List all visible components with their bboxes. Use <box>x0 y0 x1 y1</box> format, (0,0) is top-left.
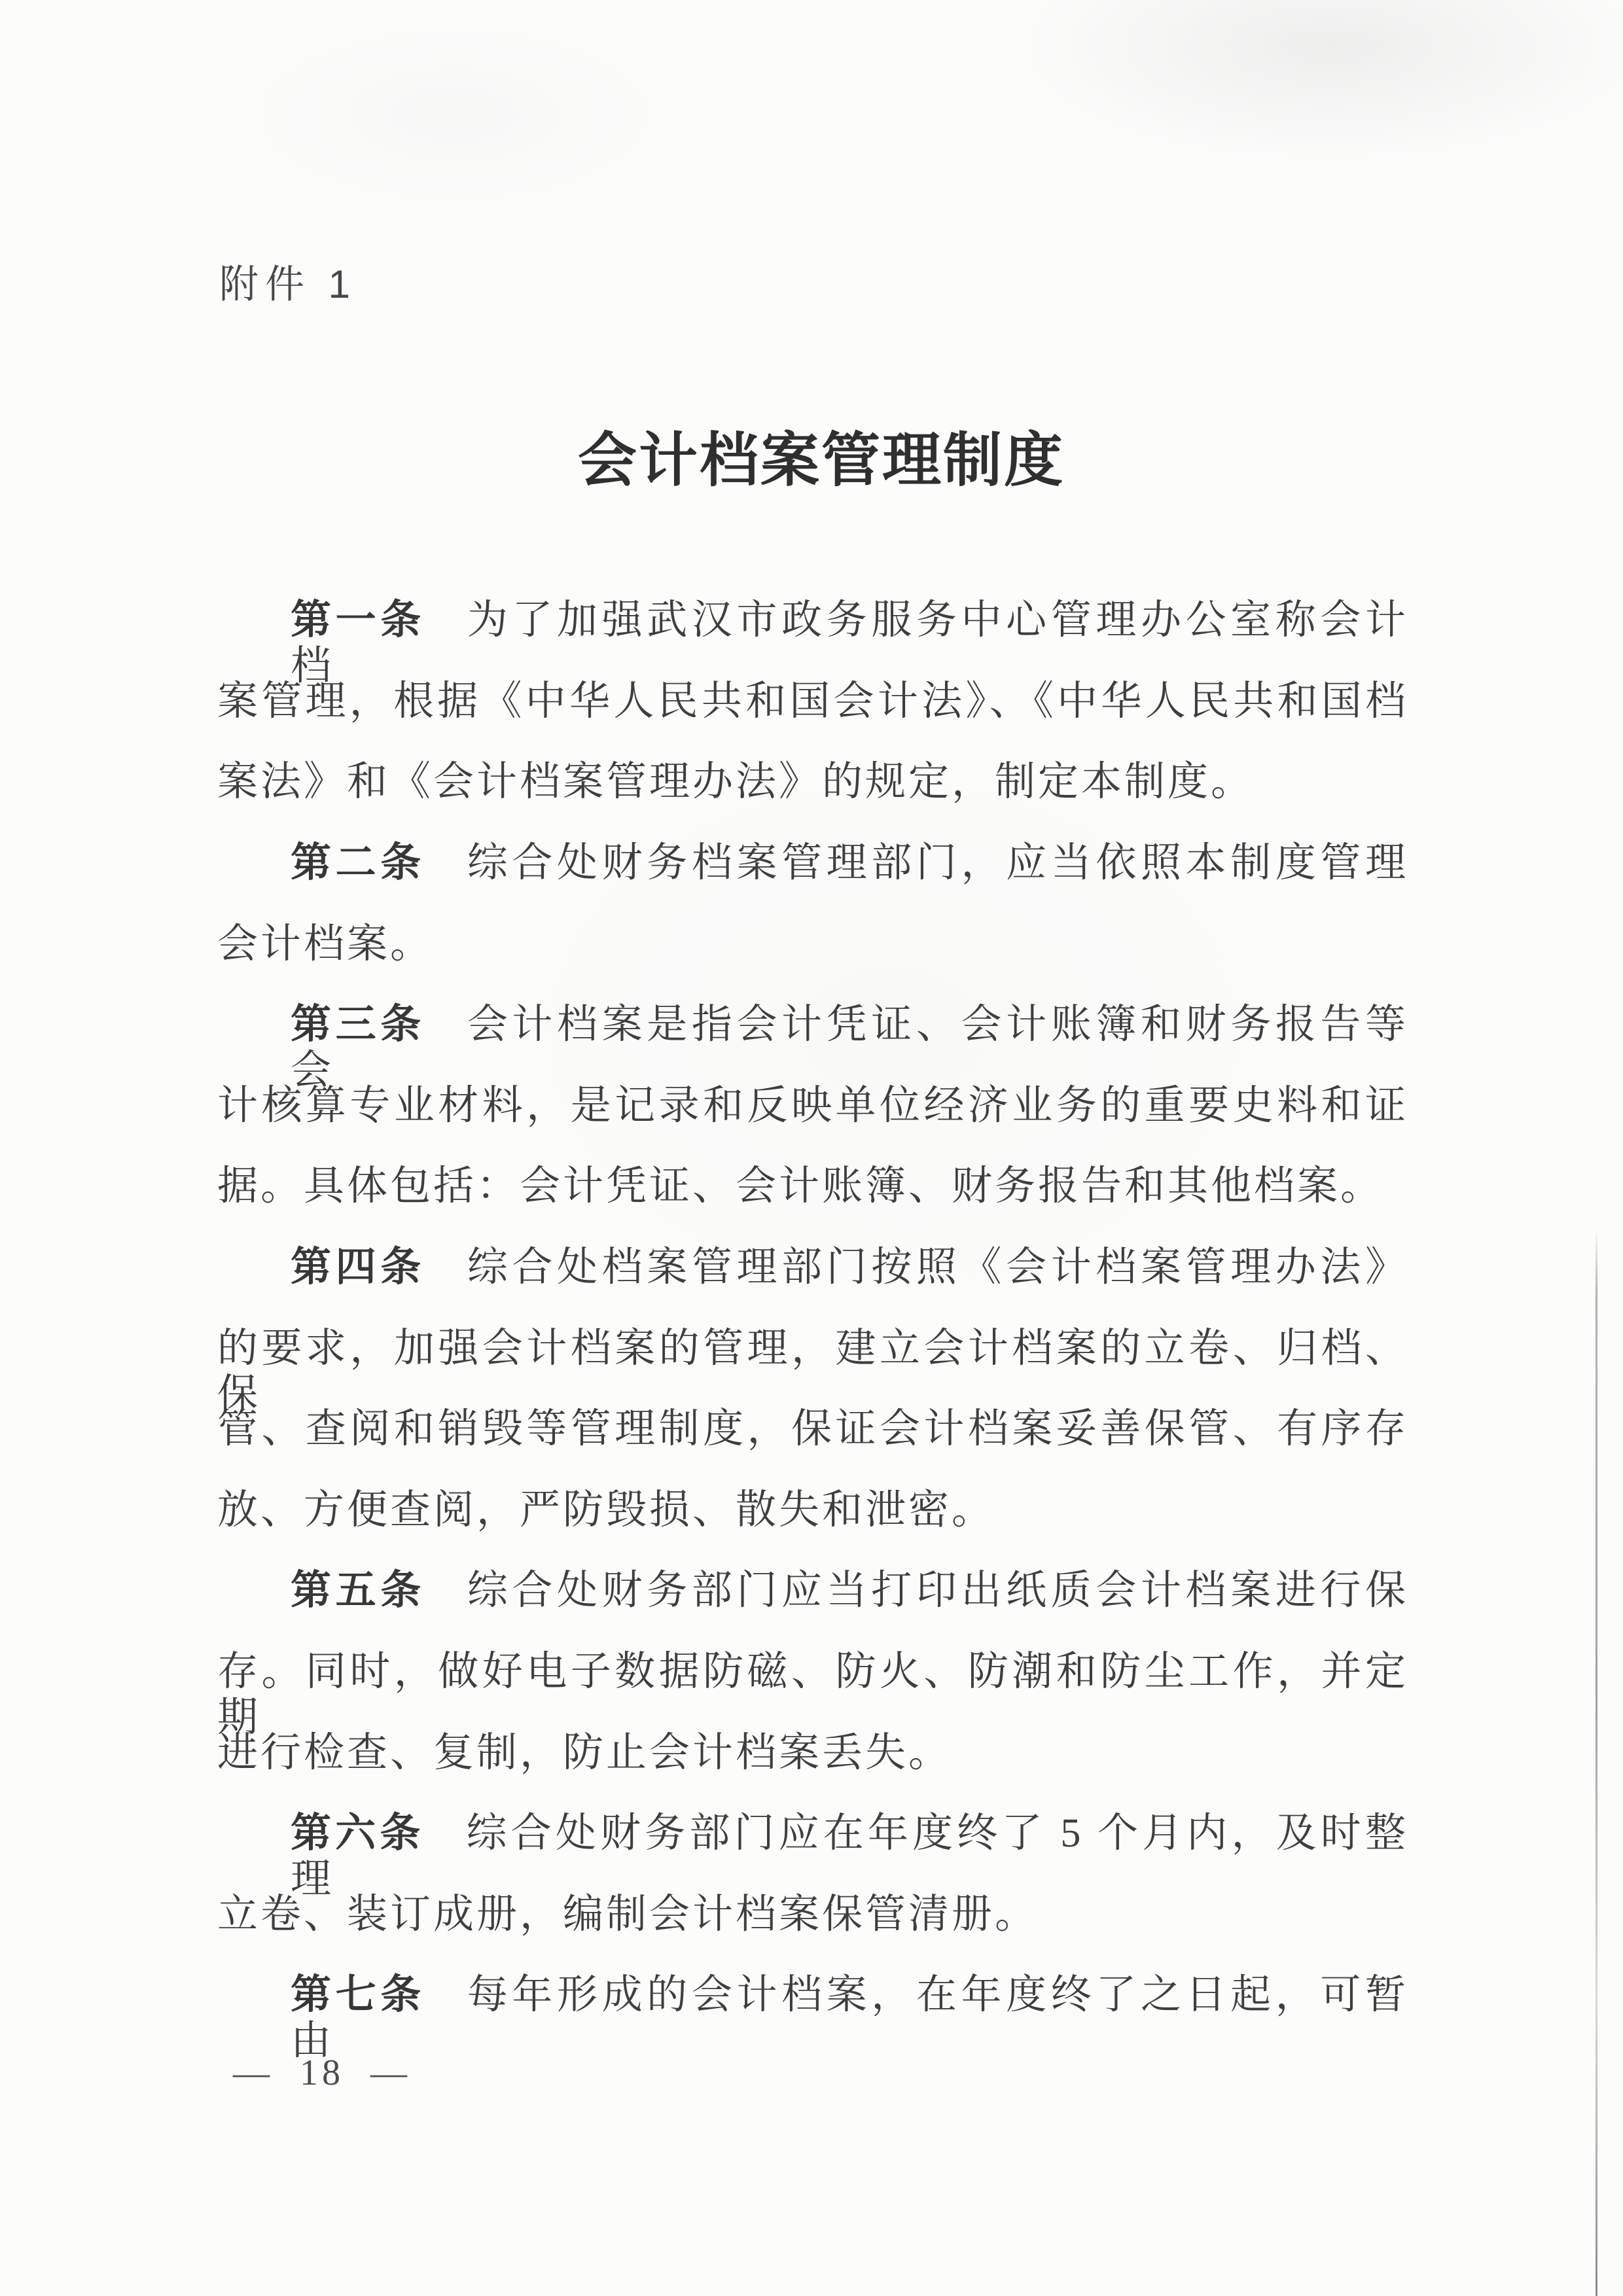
page-number: — 18 — <box>233 2055 411 2091</box>
line-text: 管、查阅和销毁等管理制度，保证会计档案妥善保管、有序存 <box>217 1407 1408 1451</box>
line-text: 存。同时，做好电子数据防磁、防火、防潮和防尘工作，并定期 <box>217 1650 1408 1740</box>
document-line: 的要求，加强会计档案的管理，建立会计档案的立卷、归档、保 <box>217 1326 1408 1417</box>
document-line: 第四条综合处档案管理部门按照《会计档案管理办法》 <box>217 1245 1408 1290</box>
document-line: 案管理，根据《中华人民共和国会计法》、《中华人民共和国档 <box>217 679 1408 724</box>
document-line: 第五条综合处财务部门应当打印出纸质会计档案进行保 <box>217 1568 1408 1614</box>
document-line: 第二条综合处财务档案管理部门，应当依照本制度管理 <box>217 840 1408 886</box>
document-line: 第一条为了加强武汉市政务服务中心管理办公室称会计档 <box>217 597 1408 689</box>
line-text: 放、方便查阅，严防毁损、散失和泄密。 <box>217 1488 995 1532</box>
document-line: 存。同时，做好电子数据防磁、防火、防潮和防尘工作，并定期 <box>217 1649 1408 1740</box>
document-line: 第六条综合处财务部门应在年度终了 5 个月内，及时整理 <box>217 1810 1408 1902</box>
line-text: 综合处财务档案管理部门，应当依照本制度管理 <box>467 841 1408 885</box>
line-text: 综合处档案管理部门按照《会计档案管理办法》 <box>467 1245 1408 1290</box>
scan-artifact-vertical-line <box>1596 1229 1597 2296</box>
line-text: 据。具体包括：会计凭证、会计账簿、财务报告和其他档案。 <box>217 1164 1383 1209</box>
line-text: 会计档案是指会计凭证、会计账簿和财务报告等会 <box>291 1002 1408 1093</box>
document-line: 案法》和《会计档案管理办法》的规定，制定本制度。 <box>217 759 1408 805</box>
line-text: 会计档案。 <box>217 922 433 966</box>
document-line: 管、查阅和销毁等管理制度，保证会计档案妥善保管、有序存 <box>217 1406 1408 1452</box>
document-line: 放、方便查阅，严防毁损、散失和泄密。 <box>217 1487 1408 1533</box>
line-text: 案管理，根据《中华人民共和国会计法》、《中华人民共和国档 <box>217 679 1408 724</box>
article-number: 第三条 <box>291 1002 425 1047</box>
document-line: 立卷、装订成册，编制会计档案保管清册。 <box>217 1892 1408 1937</box>
line-text: 为了加强武汉市政务服务中心管理办公室称会计档 <box>291 598 1408 688</box>
line-text: 计核算专业材料，是记录和反映单位经济业务的重要史料和证 <box>217 1084 1408 1128</box>
scanned-document-page: 附件 1 会计档案管理制度 第一条为了加强武汉市政务服务中心管理办公室称会计档 … <box>0 0 1623 2296</box>
line-text: 案法》和《会计档案管理办法》的规定，制定本制度。 <box>217 760 1254 804</box>
document-line: 第七条每年形成的会计档案，在年度终了之日起，可暂由 <box>217 1972 1408 2064</box>
document-line: 计核算专业材料，是记录和反映单位经济业务的重要史料和证 <box>217 1083 1408 1129</box>
line-text: 立卷、装订成册，编制会计档案保管清册。 <box>217 1892 1038 1937</box>
document-line: 据。具体包括：会计凭证、会计账簿、财务报告和其他档案。 <box>217 1163 1408 1209</box>
line-text: 的要求，加强会计档案的管理，建立会计档案的立卷、归档、保 <box>217 1326 1408 1417</box>
article-number: 第四条 <box>291 1245 425 1290</box>
document-line: 会计档案。 <box>217 921 1408 967</box>
article-number: 第七条 <box>291 1973 425 2017</box>
line-text: 综合处财务部门应当打印出纸质会计档案进行保 <box>467 1568 1408 1613</box>
document-line: 第三条会计档案是指会计凭证、会计账簿和财务报告等会 <box>217 1002 1408 1093</box>
article-number: 第六条 <box>291 1811 425 1856</box>
article-number: 第五条 <box>291 1568 425 1613</box>
document-line: 进行检查、复制，防止会计档案丢失。 <box>217 1730 1408 1776</box>
line-text: 综合处财务部门应在年度终了 5 个月内，及时整理 <box>291 1811 1408 1901</box>
document-body: 第一条为了加强武汉市政务服务中心管理办公室称会计档 案管理，根据《中华人民共和国… <box>217 0 1408 2296</box>
article-number: 第二条 <box>291 841 425 885</box>
line-text: 每年形成的会计档案，在年度终了之日起，可暂由 <box>291 1973 1408 2063</box>
article-number: 第一条 <box>291 598 425 643</box>
line-text: 进行检查、复制，防止会计档案丢失。 <box>217 1731 952 1775</box>
